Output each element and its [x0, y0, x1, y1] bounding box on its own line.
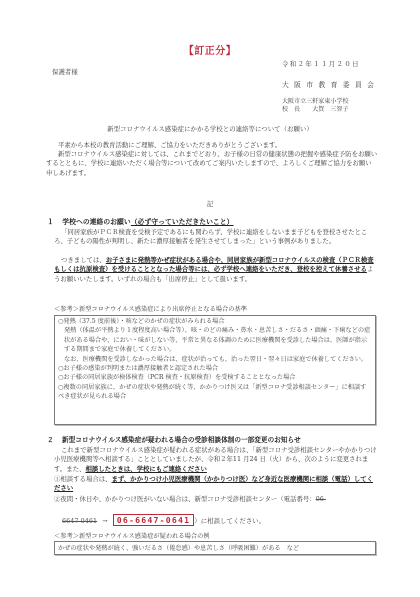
section2-heading: ２ 新型コロナウイルス感染症が疑われる場合の受診相談体制の一部変更のお知らせ: [47, 436, 301, 445]
section2-para1-emphasis: 相談したときは、学校にもご連絡ください: [85, 465, 206, 473]
reference-item: ○お子様の同居家族が検体検査（PCR 検査・抗原検査）を受検することとなった場合: [58, 373, 372, 382]
intro-greeting: 平素から本校の教育活動にご理解、ご協力をいただきありがとうございます。: [52, 141, 377, 150]
arrow-icon: →: [102, 517, 107, 525]
reference-item: ○お子様の感染が判明または濃厚接触者と認定された場合: [58, 364, 372, 373]
section2-item2-tail: ）に相談してください。: [194, 517, 265, 525]
reference-item: ○発熱（37.5 度前後）・咳などのかぜの症状がみられる場合: [58, 317, 372, 326]
section1-heading: １ 学校への連絡のお願い（必ず守っていただきたいこと）: [47, 218, 233, 227]
recipient: 保護者様: [52, 68, 78, 77]
section1-para1: 「同居家族がＰＣＲ検査を受検予定であるにも関わらず、学校に連絡をしないまま子ども…: [54, 228, 378, 247]
reference-item: なお、医療機関を受診しなかった場合は、症状が治っても、治った翌日・翌々日は家庭で…: [58, 355, 372, 364]
section2-title: 新型コロナウイルス感染症が疑われる場合の受診相談体制の一部変更のお知らせ: [62, 436, 301, 444]
section2-item2: ②夜間・休日や、かかりつけ医がいない場合は、新型コロナ受診相談センター（電話番号…: [54, 495, 384, 504]
reference-item: ○複数の同居家族に、かぜの症状や発熱が続く等、かかりつけ医又は「新型コロナ受診相…: [58, 383, 372, 402]
section1-para2: つきましては、お子さまに発熱等かぜ症状がある場合や、同居家族が新型コロナウイルス…: [54, 256, 378, 284]
section2-item2-lead: ②夜間・休日や、かかりつけ医がいない場合は、新型コロナ受診相談センター（電話番号…: [54, 495, 316, 503]
correction-mark: 【訂正分】: [0, 42, 420, 57]
section1-number: １: [47, 218, 54, 226]
section2-reference-box: かぜの症状や発熱が続く、強いだるさ（倦怠感）や息苦しさ（呼吸困難）がある など: [54, 541, 376, 555]
old-phone-part2: 6647-0461: [62, 517, 97, 525]
intro-body: 新型コロナウイルス感染症に対しては、これまでどおり、お子様の日常の健康状態の把握…: [46, 150, 378, 178]
new-phone-number: 06-6647-0641: [113, 514, 195, 526]
ki-marker: 記: [0, 200, 420, 209]
old-phone-part1: 06-: [316, 495, 326, 503]
issuer-principal: 校 長 大賀 三智子: [282, 105, 349, 114]
issuer-org: 大 阪 市 教 育 委 員 会: [282, 81, 376, 90]
section1-title: 学校への連絡のお願い: [62, 218, 130, 226]
section2-reference-text: かぜの症状や発熱が続く、強いだるさ（倦怠感）や息苦しさ（呼吸困難）がある など: [58, 545, 299, 552]
section2-item1: ①相談する場合は、まず、かかりつけ小児医療機関（かかりつけ医）など身近な医療機関…: [54, 475, 378, 494]
section2-reference-title: ＜参考＞新型コロナウイルス感染症が疑われる場合の例: [54, 532, 210, 541]
section1-para2-lead: つきましては、: [61, 256, 106, 264]
section2-phone-line: 6647-0461 → 06-6647-0641）に相談してください。: [62, 514, 265, 527]
section2-item1-lead: ①相談する場合は、: [54, 475, 112, 483]
section1-reference-box: ○発熱（37.5 度前後）・咳などのかぜの症状がみられる場合 発熱（体温が平熱よ…: [54, 315, 376, 425]
section1-reference-title: ＜参考＞新型コロナウイルス感染症により出席停止となる場合の基準: [54, 305, 247, 314]
subject-line: 新型コロナウイルス感染症にかかる学校との連絡等について（お願い）: [0, 125, 420, 134]
section2-para1: これまで新型コロナウイルス感染症が疑われる症状がある場合は、「新型コロナ受診相談…: [54, 446, 378, 474]
document-date: 令和２年１１月２０日: [282, 60, 360, 69]
reference-item: 発熱（体温が平熱より１度程度高い場合等）、咳・のどの痛み・鼻水・息苦しさ・だるさ…: [58, 326, 372, 354]
section2-number: ２: [47, 436, 54, 444]
section1-title-note: （必ず守っていただきたいこと）: [131, 218, 234, 226]
notice-document: 【訂正分】 令和２年１１月２０日 保護者様 大 阪 市 教 育 委 員 会 大阪…: [0, 0, 420, 597]
